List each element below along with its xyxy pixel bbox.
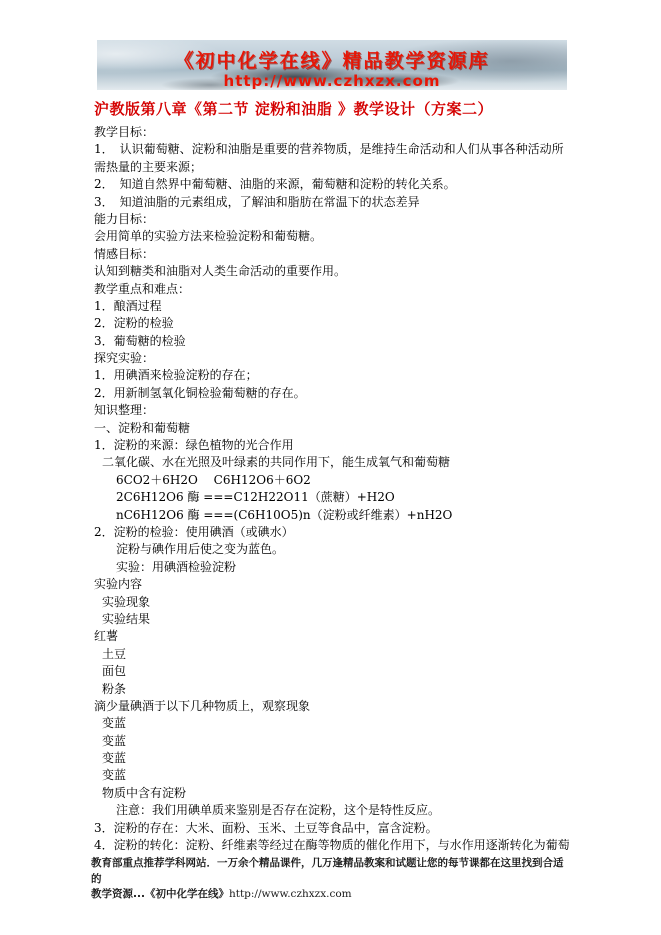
text-line: 认知到糖类和油脂对人类生命活动的重要作用。 [94,263,572,280]
text-line: 会用简单的实验方法来检验淀粉和葡萄糖。 [94,228,572,245]
text-line: 变蓝 [94,750,572,767]
footer-site-url: http://www.czhxzx.com [229,888,352,900]
document-body: 教学目标：1． 认识葡萄糖、淀粉和油脂是重要的营养物质，是维持生命活动和人们从事… [94,124,572,854]
text-line: 2． 知道自然界中葡萄糖、油脂的来源，葡萄糖和淀粉的转化关系。 [94,176,572,193]
text-line: 滴少量碘酒于以下几种物质上，观察现象 [94,698,572,715]
text-line: 探究实验： [94,350,572,367]
text-line: 4．淀粉的转化：淀粉、纤维素等经过在酶等物质的催化作用下，与水作用逐渐转化为葡萄 [94,837,572,854]
text-line: 变蓝 [94,733,572,750]
text-line: 1．淀粉的来源：绿色植物的光合作用 [94,437,572,454]
text-line: 淀粉与碘作用后使之变为蓝色。 [94,541,572,558]
text-line: 二氧化碳、水在光照及叶绿素的共同作用下，能生成氧气和葡萄糖 [94,454,572,471]
text-line: 2C6H12O6 酶 ===C12H22O11（蔗糖）+H2O [94,489,572,506]
text-line: 面包 [94,663,572,680]
text-line: 2．用新制氢氧化铜检验葡萄糖的存在。 [94,385,572,402]
text-line: 红薯 [94,628,572,645]
text-line: nC6H12O6 酶 ===(C6H10O5)n（淀粉或纤维素）+nH2O [94,507,572,524]
footer-slogan-line1: 教育部重点推荐学科网站．一万余个精品课件，几万逢精品教案和试题让您的每节课都在这… [91,857,564,885]
page-footer: 教育部重点推荐学科网站．一万余个精品课件，几万逢精品教案和试题让您的每节课都在这… [91,856,572,903]
text-line: 实验结果 [94,611,572,628]
text-line: 教学重点和难点： [94,281,572,298]
text-line: 注意：我们用碘单质来鉴别是否存在淀粉，这个是特性反应。 [94,802,572,819]
text-line: 实验：用碘酒检验淀粉 [94,559,572,576]
text-line: 教学目标： [94,124,572,141]
text-line: 2．淀粉的检验：使用碘酒（或碘水） [94,524,572,541]
text-line: 变蓝 [94,767,572,784]
site-banner-image: 《初中化学在线》精品教学资源库 http://www.czhxzx.com [97,40,567,90]
text-line: 变蓝 [94,715,572,732]
footer-slogan-line2: 教学资源...《初中化学在线》 [91,888,229,900]
text-line: 3． 知道油脂的元素组成，了解油和脂肪在常温下的状态差异 [94,194,572,211]
banner-site-url: http://www.czhxzx.com [97,73,567,89]
text-line: 1．用碘酒来检验淀粉的存在； [94,367,572,384]
text-line: 1．酿酒过程 [94,298,572,315]
text-line: 粉条 [94,681,572,698]
banner-site-title: 《初中化学在线》精品教学资源库 [97,46,567,73]
text-line: 实验内容 [94,576,572,593]
text-line: 3．淀粉的存在：大米、面粉、玉米、土豆等食品中，富含淀粉。 [94,820,572,837]
text-line: 一、淀粉和葡萄糖 [94,420,572,437]
text-line: 2．淀粉的检验 [94,315,572,332]
text-line: 6CO2＋6H2O C6H12O6＋6O2 [94,472,572,489]
text-line: 3．葡萄糖的检验 [94,333,572,350]
text-line: 1． 认识葡萄糖、淀粉和油脂是重要的营养物质，是维持生命活动和人们从事各种活动所 [94,141,572,158]
text-line: 土豆 [94,646,572,663]
text-line: 知识整理： [94,402,572,419]
text-line: 情感目标： [94,246,572,263]
text-line: 能力目标： [94,211,572,228]
text-line: 需热量的主要来源； [94,159,572,176]
document-title: 沪教版第八章《第二节 淀粉和油脂 》教学设计（方案二） [94,98,493,119]
text-line: 物质中含有淀粉 [94,785,572,802]
text-line: 实验现象 [94,594,572,611]
